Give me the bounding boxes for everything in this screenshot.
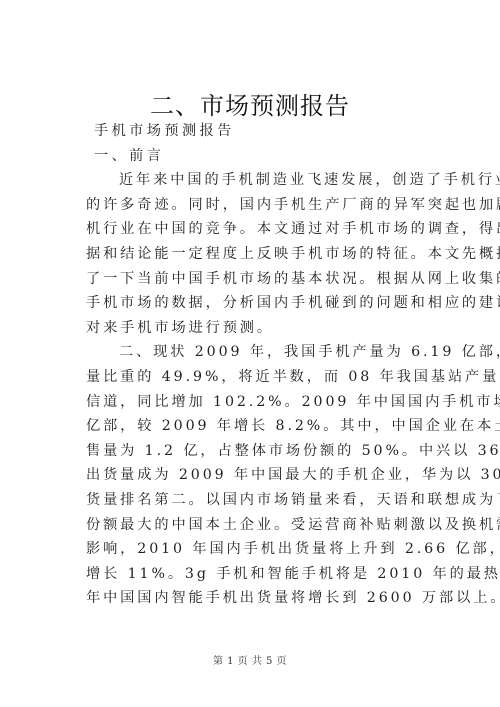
paragraph-line: 份额最大的中国本土企业。受运营商补贴刺激以及换机需求的 <box>86 513 438 538</box>
paragraph-line: 手机市场的数据，分析国内手机碰到的问题和相应的建议，并 <box>86 291 438 316</box>
page-title: 二、市场预测报告 <box>0 86 500 121</box>
section-heading-preface: 一、前言 <box>86 144 438 169</box>
paragraph-line: 二、现状 2009 年，我国手机产量为 6.19 亿部，占全球产 <box>86 340 438 365</box>
paragraph-line: 亿部，较 2009 年增长 8.2%。其中，中国企业在本土市场的销 <box>86 414 438 439</box>
document-body: 手机市场预测报告 一、前言 近年来中国的手机制造业飞速发展，创造了手机行业发展 … <box>86 119 438 611</box>
paragraph-line: 信道，同比增加 102.2%。2009 年中国国内手机市场的销量为 2.4 <box>86 390 438 415</box>
paragraph-preface: 近年来中国的手机制造业飞速发展，创造了手机行业发展 的许多奇迹。同时，国内手机生… <box>86 168 438 340</box>
paragraph-line: 量比重的 49.9%，将近半数，而 08 年我国基站产量为 3022 万 <box>86 365 438 390</box>
paragraph-line: 对来手机市场进行预测。 <box>86 316 438 341</box>
paragraph-line: 出货量成为 2009 年中国最大的手机企业，华为以 3000 万的出 <box>86 463 438 488</box>
paragraph-status: 二、现状 2009 年，我国手机产量为 6.19 亿部，占全球产 量比重的 49… <box>86 340 438 611</box>
document-page: 二、市场预测报告 手机市场预测报告 一、前言 近年来中国的手机制造业飞速发展，创… <box>0 0 500 707</box>
paragraph-line: 的许多奇迹。同时，国内手机生产厂商的异军突起也加剧了手 <box>86 193 438 218</box>
paragraph-line: 年中国国内智能手机出货量将增长到 2600 万部以上。 <box>86 586 438 611</box>
paragraph-line: 增长 11%。3g 手机和智能手机将是 2010 年的最热门产品，2010 <box>86 562 438 587</box>
page-indicator: 第 1 页 共 5 页 <box>0 652 500 667</box>
paragraph-line: 机行业在中国的竞争。本文通过对手机市场的调查，得出的数 <box>86 217 438 242</box>
paragraph-line: 近年来中国的手机制造业飞速发展，创造了手机行业发展 <box>86 168 438 193</box>
paragraph-line: 影响，2010 年国内手机出货量将上升到 2.66 亿部，比 2009 年 <box>86 537 438 562</box>
paragraph-line: 售量为 1.2 亿，占整体市场份额的 50%。中兴以 3650 万的手机 <box>86 439 438 464</box>
paragraph-line: 据和结论能一定程度上反映手机市场的特征。本文先概括论述 <box>86 242 438 267</box>
paragraph-line: 货量排名第二。以国内市场销量来看，天语和联想成为了市场 <box>86 488 438 513</box>
paragraph-line: 了一下当前中国手机市场的基本状况。根据从网上收集的关于 <box>86 267 438 292</box>
document-subtitle: 手机市场预测报告 <box>86 119 438 144</box>
